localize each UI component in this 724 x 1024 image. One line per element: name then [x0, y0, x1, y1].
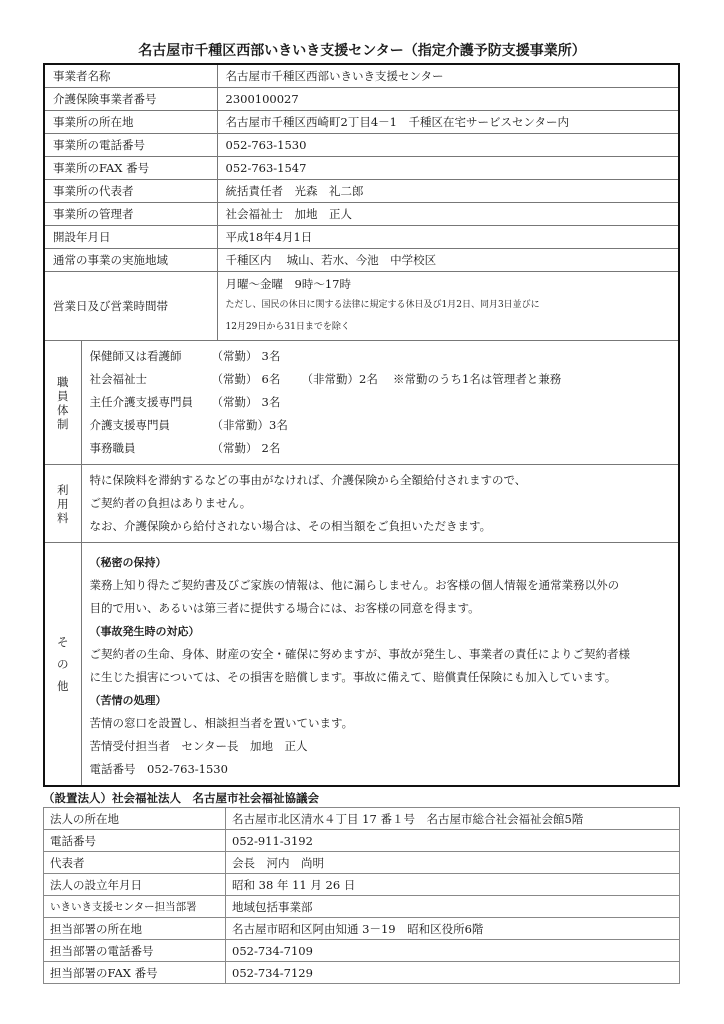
- confidentiality-heading: （秘密の保持）: [90, 551, 671, 574]
- row-label: 事業所の所在地: [44, 111, 217, 134]
- row-label: 介護保険事業者番号: [44, 88, 217, 111]
- hours-note: 12月29日から31日までを除く: [226, 316, 671, 338]
- staff-item: 社会福祉士 （常勤） 6名 （非常勤）2名 ※常勤のうち1名は管理者と兼務: [90, 368, 671, 391]
- staff-count: 3名: [262, 391, 332, 414]
- staff-item: 介護支援専門員 （非常勤） 3名: [90, 414, 671, 437]
- row-value: 会長 河内 尚明: [226, 852, 680, 874]
- row-label: 担当部署のFAX 番号: [44, 962, 226, 984]
- table-row: 事業所の所在地 名古屋市千種区西崎町2丁目4－1 千種区在宅サービスセンター内: [44, 111, 679, 134]
- table-row: 法人の設立年月日 昭和 38 年 11 月 26 日: [44, 874, 680, 896]
- staff-role: 主任介護支援専門員: [90, 391, 212, 414]
- staff-cell: 保健師又は看護師 （常勤） 3名 社会福祉士 （常勤） 6名 （非常勤）2名 ※…: [81, 341, 679, 465]
- row-value: 2300100027: [217, 88, 679, 111]
- row-label: 事業所の管理者: [44, 203, 217, 226]
- staff-count: 3名: [262, 345, 332, 368]
- row-label: いきいき支援センター担当部署: [44, 896, 226, 918]
- row-value: 名古屋市北区清水４丁目 17 番１号 名古屋市総合社会福祉会館5階: [226, 808, 680, 830]
- table-row: 電話番号 052-911-3192: [44, 830, 680, 852]
- page-title: 名古屋市千種区西部いきいき支援センター（指定介護予防支援事業所）: [0, 40, 724, 60]
- fees-line: なお、介護保険から給付されない場合は、その相当額をご負担いただきます。: [90, 515, 671, 538]
- side-label-staff: 職員体制: [44, 341, 81, 465]
- staff-count: 6名: [262, 368, 302, 391]
- row-label: 事業所の電話番号: [44, 134, 217, 157]
- side-label-other: その他: [44, 543, 81, 787]
- fees-line: ご契約者の負担はありません。: [90, 492, 671, 515]
- side-label-text: その他: [56, 631, 70, 697]
- table-row: 通常の事業の実施地域 千種区内 城山、若水、今池 中学校区: [44, 249, 679, 272]
- staff-role: 社会福祉士: [90, 368, 212, 391]
- staff-type: （非常勤）: [212, 414, 270, 437]
- corporation-table: 法人の所在地 名古屋市北区清水４丁目 17 番１号 名古屋市総合社会福祉会館5階…: [43, 807, 680, 984]
- fees-row: 利用料 特に保険料を滞納するなどの事由がなければ、介護保険から全額給付されますの…: [44, 465, 679, 543]
- hours-main: 月曜～金曜 9時～17時: [226, 274, 671, 294]
- row-value: 昭和 38 年 11 月 26 日: [226, 874, 680, 896]
- table-row: 担当部署のFAX 番号 052-734-7129: [44, 962, 680, 984]
- corporation-title: （設置法人）社会福祉法人 名古屋市社会福祉協議会: [43, 790, 319, 806]
- row-label: 営業日及び営業時間帯: [44, 272, 217, 341]
- table-row: 代表者 会長 河内 尚明: [44, 852, 680, 874]
- staff-type: （常勤）: [212, 391, 262, 414]
- row-label: 法人の設立年月日: [44, 874, 226, 896]
- other-cell: （秘密の保持） 業務上知り得たご契約書及びご家族の情報は、他に漏らしません。お客…: [81, 543, 679, 787]
- other-line: 目的で用い、あるいは第三者に提供する場合には、お客様の同意を得ます。: [90, 597, 671, 620]
- row-label: 通常の事業の実施地域: [44, 249, 217, 272]
- staff-type: （常勤）: [212, 368, 262, 391]
- other-line: ご契約者の生命、身体、財産の安全・確保に努めますが、事故が発生し、事業者の責任に…: [90, 643, 671, 666]
- row-label: 事業所の代表者: [44, 180, 217, 203]
- table-row: 担当部署の電話番号 052-734-7109: [44, 940, 680, 962]
- row-value: 052-763-1547: [217, 157, 679, 180]
- staff-count: 2名: [262, 437, 332, 460]
- row-value: 052-734-7109: [226, 940, 680, 962]
- other-row: その他 （秘密の保持） 業務上知り得たご契約書及びご家族の情報は、他に漏らしませ…: [44, 543, 679, 787]
- row-label: 事業所のFAX 番号: [44, 157, 217, 180]
- center-info-table: 事業者名称 名古屋市千種区西部いきいき支援センター 介護保険事業者番号 2300…: [43, 63, 680, 787]
- row-label: 担当部署の電話番号: [44, 940, 226, 962]
- other-line: 苦情の窓口を設置し、相談担当者を置いています。: [90, 712, 671, 735]
- accident-heading: （事故発生時の対応）: [90, 620, 671, 643]
- table-row: 事業所の代表者 統括責任者 光森 礼二郎: [44, 180, 679, 203]
- row-label: 担当部署の所在地: [44, 918, 226, 940]
- table-row: いきいき支援センター担当部署 地域包括事業部: [44, 896, 680, 918]
- side-label-fees: 利用料: [44, 465, 81, 543]
- row-value: 名古屋市千種区西崎町2丁目4－1 千種区在宅サービスセンター内: [217, 111, 679, 134]
- staff-item: 保健師又は看護師 （常勤） 3名: [90, 345, 671, 368]
- table-row: 事業所のFAX 番号 052-763-1547: [44, 157, 679, 180]
- row-label: 事業者名称: [44, 64, 217, 88]
- staff-type: （常勤）: [212, 345, 262, 368]
- staff-type: （常勤）: [212, 437, 262, 460]
- business-hours-cell: 月曜～金曜 9時～17時 ただし、国民の休日に関する法律に規定する休日及び1月2…: [217, 272, 679, 341]
- fees-line: 特に保険料を滞納するなどの事由がなければ、介護保険から全額給付されますので、: [90, 469, 671, 492]
- other-line: 電話番号 052-763-1530: [90, 758, 671, 781]
- row-value: 地域包括事業部: [226, 896, 680, 918]
- row-value: 052-734-7129: [226, 962, 680, 984]
- table-row: 法人の所在地 名古屋市北区清水４丁目 17 番１号 名古屋市総合社会福祉会館5階: [44, 808, 680, 830]
- staff-role: 介護支援専門員: [90, 414, 212, 437]
- row-label: 開設年月日: [44, 226, 217, 249]
- row-value: 社会福祉士 加地 正人: [217, 203, 679, 226]
- table-row: 介護保険事業者番号 2300100027: [44, 88, 679, 111]
- row-value: 統括責任者 光森 礼二郎: [217, 180, 679, 203]
- other-line: 業務上知り得たご契約書及びご家族の情報は、他に漏らしません。お客様の個人情報を通…: [90, 574, 671, 597]
- row-value: 平成18年4月1日: [217, 226, 679, 249]
- other-line: 苦情受付担当者 センター長 加地 正人: [90, 735, 671, 758]
- table-row: 事業者名称 名古屋市千種区西部いきいき支援センター: [44, 64, 679, 88]
- row-value: 052-763-1530: [217, 134, 679, 157]
- staff-row: 職員体制 保健師又は看護師 （常勤） 3名 社会福祉士 （常勤） 6名 （非常勤…: [44, 341, 679, 465]
- row-value: 052-911-3192: [226, 830, 680, 852]
- row-value: 名古屋市昭和区阿由知通 3－19 昭和区役所6階: [226, 918, 680, 940]
- staff-role: 保健師又は看護師: [90, 345, 212, 368]
- staff-count: 3名: [269, 414, 339, 437]
- table-row: 担当部署の所在地 名古屋市昭和区阿由知通 3－19 昭和区役所6階: [44, 918, 680, 940]
- side-label-text: 利用料: [56, 483, 70, 525]
- row-value: 名古屋市千種区西部いきいき支援センター: [217, 64, 679, 88]
- row-label: 電話番号: [44, 830, 226, 852]
- staff-role: 事務職員: [90, 437, 212, 460]
- row-label: 代表者: [44, 852, 226, 874]
- complaint-heading: （苦情の処理）: [90, 689, 671, 712]
- staff-item: 事務職員 （常勤） 2名: [90, 437, 671, 460]
- side-label-text: 職員体制: [56, 375, 70, 431]
- other-line: に生じた損害については、その損害を賠償します。事故に備えて、賠償責任保険にも加入…: [90, 666, 671, 689]
- hours-note: ただし、国民の休日に関する法律に規定する休日及び1月2日、同月3日並びに: [226, 294, 671, 316]
- table-row: 開設年月日 平成18年4月1日: [44, 226, 679, 249]
- table-row: 事業所の電話番号 052-763-1530: [44, 134, 679, 157]
- fees-cell: 特に保険料を滞納するなどの事由がなければ、介護保険から全額給付されますので、 ご…: [81, 465, 679, 543]
- staff-extra: （非常勤）2名 ※常勤のうち1名は管理者と兼務: [302, 368, 562, 391]
- table-row: 事業所の管理者 社会福祉士 加地 正人: [44, 203, 679, 226]
- row-label: 法人の所在地: [44, 808, 226, 830]
- staff-item: 主任介護支援専門員 （常勤） 3名: [90, 391, 671, 414]
- row-value: 千種区内 城山、若水、今池 中学校区: [217, 249, 679, 272]
- business-hours-row: 営業日及び営業時間帯 月曜～金曜 9時～17時 ただし、国民の休日に関する法律に…: [44, 272, 679, 341]
